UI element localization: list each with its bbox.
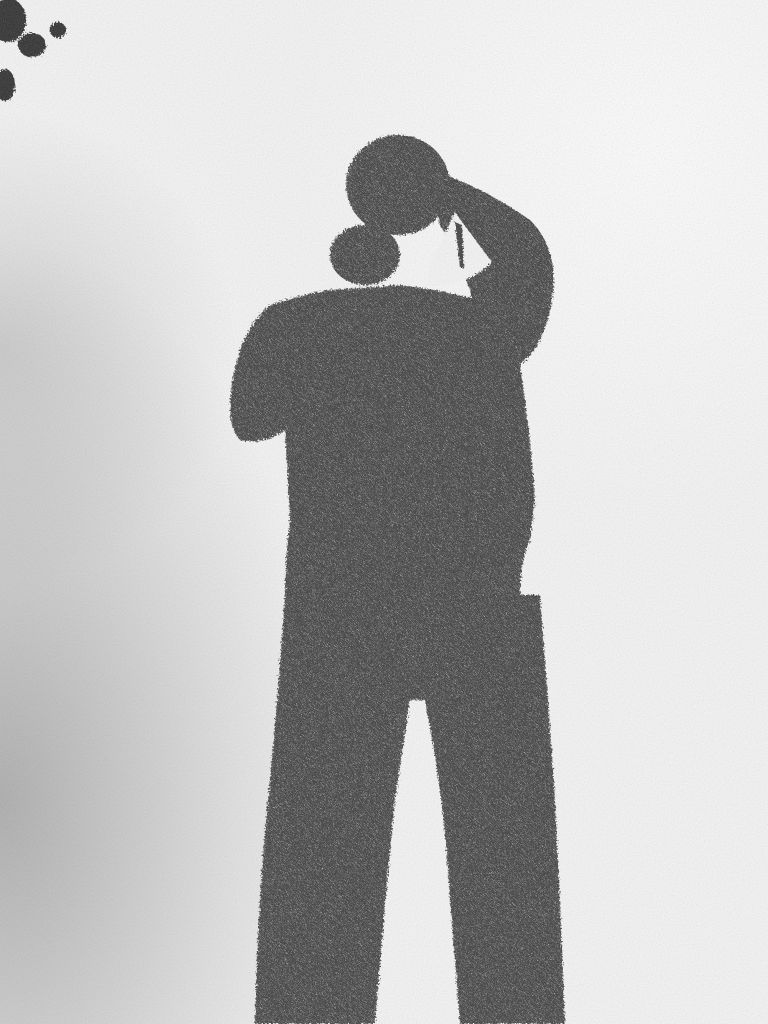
photo xyxy=(0,0,768,1024)
scene-svg xyxy=(0,0,768,1024)
film-grain xyxy=(0,0,768,1024)
